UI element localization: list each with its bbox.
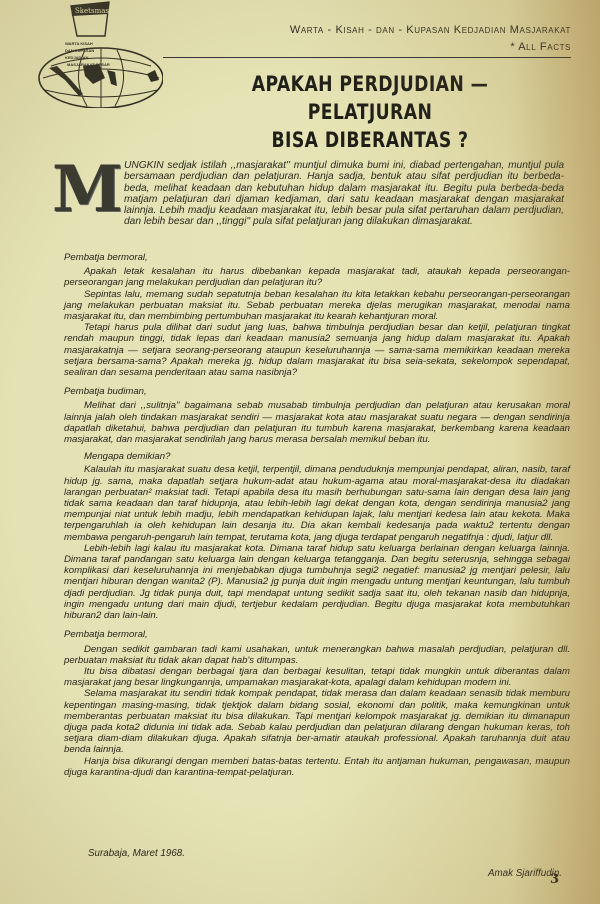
svg-text:MASJARAKAT BESAR: MASJARAKAT BESAR bbox=[67, 62, 110, 67]
drop-cap: M bbox=[52, 160, 116, 224]
svg-text:WARTA KISAH: WARTA KISAH bbox=[65, 41, 93, 46]
body-paragraph: Kalaulah itu masjarakat suatu desa ketji… bbox=[64, 464, 570, 542]
globe-logo-icon: Sketsmasa WARTA KISAH DAN KUPASAN KEDJAD… bbox=[35, 0, 163, 108]
svg-text:DAN KUPASAN: DAN KUPASAN bbox=[65, 48, 94, 53]
body-paragraph: Lebih-lebih lagi kalau itu masjarakat ko… bbox=[64, 543, 570, 621]
body-paragraph: Sepintas lalu, memang sudah sepatutnja b… bbox=[64, 289, 570, 323]
section-heading: Pembatja bermoral, bbox=[64, 252, 570, 263]
body-paragraph: Dengan sedikit gambaran tadi kami usahak… bbox=[64, 644, 570, 666]
article-body: Pembatja bermoral,Apakah letak kesalahan… bbox=[64, 252, 570, 778]
body-paragraph: Melihat dari ,,sulitnja'' bagaimana seba… bbox=[64, 400, 570, 445]
masthead-tagline: Warta - Kisah - dan - Kupasan Kedjadian … bbox=[163, 22, 571, 56]
headline-line-1: APAKAH PERDJUDIAN — PELATJURAN bbox=[190, 70, 551, 126]
svg-text:Sketsmasa: Sketsmasa bbox=[75, 7, 113, 15]
section-heading: Mengapa demikian? bbox=[64, 451, 570, 462]
headline-line-2: BISA DIBERANTAS ? bbox=[190, 126, 551, 154]
place-date: Surabaja, Maret 1968. bbox=[88, 848, 185, 859]
body-paragraph: Apakah letak kesalahan itu harus dibeban… bbox=[64, 266, 570, 288]
magazine-page: Sketsmasa WARTA KISAH DAN KUPASAN KEDJAD… bbox=[0, 0, 600, 904]
svg-text:KEDJADIAN: KEDJADIAN bbox=[65, 55, 88, 60]
section-heading: Pembatja bermoral, bbox=[64, 629, 570, 640]
tagline-line-1: Warta - Kisah - dan - Kupasan Kedjadian … bbox=[163, 22, 571, 39]
tagline-line-2: * All Facts bbox=[163, 39, 571, 56]
body-paragraph: Selama masjarakat itu sendiri tidak komp… bbox=[64, 688, 570, 755]
page-number: 3 bbox=[550, 872, 559, 887]
body-paragraph: Itu bisa dibatasi dengan berbagai tjara … bbox=[64, 666, 570, 688]
body-paragraph: Tetapi harus pula dilihat dari sudut jan… bbox=[64, 322, 570, 378]
intro-paragraph: UNGKIN sedjak istilah ,,masjarakat'' mun… bbox=[124, 160, 564, 228]
section-heading: Pembatja budiman, bbox=[64, 386, 570, 397]
masthead-rule bbox=[163, 57, 571, 58]
article-headline: APAKAH PERDJUDIAN — PELATJURAN BISA DIBE… bbox=[190, 70, 551, 154]
body-paragraph: Hanja bisa dikurangi dengan memberi bata… bbox=[64, 756, 570, 778]
